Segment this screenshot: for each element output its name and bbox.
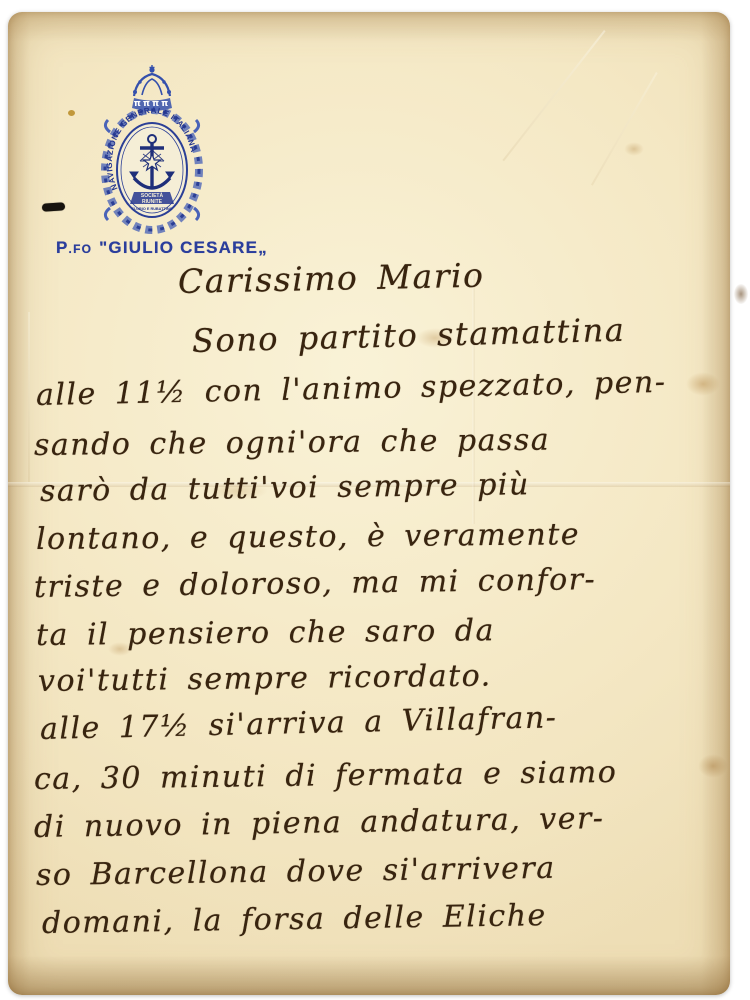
handwritten-line: sarò da tutti'voi sempre più (40, 467, 530, 509)
paper-stain (624, 142, 644, 156)
corner-crease (591, 72, 658, 186)
handwritten-line: ca, 30 minuti di fermata e siamo (34, 755, 618, 797)
corner-crease (502, 30, 605, 161)
emblem-ribbon-line3: FLORIO E RUBATTINO (131, 207, 172, 211)
emblem-ribbon-line2: RIUNITE (142, 199, 163, 205)
handwritten-line: voi'tutti sempre ricordato. (38, 658, 492, 699)
ink-dash-mark (42, 202, 66, 212)
salutation-line: Carissimo Mario (178, 256, 485, 301)
handwritten-line: ta il pensiero che saro da (36, 613, 495, 653)
ink-stain (68, 110, 75, 116)
emblem-ribbon-line1: SOCIETÀ (141, 192, 164, 199)
paper-stain (686, 372, 720, 396)
handwritten-line: sando che ogni'ora che passa (34, 423, 551, 463)
navigazione-generale-italiana-emblem: ππππ NAVIGAZIONE GENERALE ITALIANA (88, 62, 216, 238)
crown-icon: ππππ (132, 65, 172, 111)
ship-name-line: P.FO"GIULIO CESARE„ (56, 238, 268, 258)
paper-stain (734, 284, 748, 304)
paper-stain (698, 754, 728, 778)
ship-prefix-small: .FO (69, 242, 93, 256)
edge-crease (28, 312, 30, 482)
ship-prefix: P (56, 238, 69, 257)
handwritten-line: lontano, e questo, è veramente (36, 517, 580, 557)
ship-name: "GIULIO CESARE (99, 238, 258, 257)
handwritten-line: so Barcellona dove si'arrivera (36, 851, 556, 893)
ship-close-quote: „ (258, 238, 268, 257)
